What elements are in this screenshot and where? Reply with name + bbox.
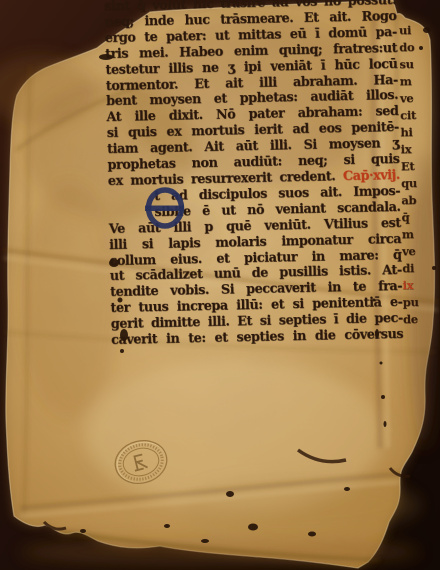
margin-letter-fragment: pu <box>403 294 433 311</box>
margin-letter-fragment: Et <box>401 158 431 175</box>
margin-letter-fragment: q̄ <box>401 209 431 226</box>
margin-letter-fragment: ve <box>402 243 432 260</box>
margin-letter-fragment: de <box>403 311 433 328</box>
margin-letter-fragment: ix <box>401 141 431 158</box>
chapter-rubric: Cap̄·xvij. <box>343 168 400 184</box>
margin-letter-fragment: qu <box>401 175 431 192</box>
text-lines-upper: sint q̄ volūt hīc trāsire ad vos nō poss… <box>104 0 400 174</box>
margin-letter-fragment: di <box>402 260 432 277</box>
margin-letter-fragment: do <box>399 39 429 56</box>
text-lines-lower: Ve aūt illi p quē veniūt. Vtilius est il… <box>109 216 404 349</box>
manuscript-photo: sint q̄ volūt hīc trāsire ad vos nō poss… <box>0 0 440 570</box>
margin-letter-fragment: cit <box>400 107 430 124</box>
margin-letter-fragment: m <box>402 226 432 243</box>
margin-letter-fragment: m <box>400 73 430 90</box>
margin-letter-fragment: ab <box>401 192 431 209</box>
margin-letter-fragment: hi <box>400 124 430 141</box>
illuminated-initial-E <box>144 186 186 230</box>
margin-letter-fragment: ix <box>402 277 432 294</box>
margin-letter-fragment: su <box>399 56 429 73</box>
adjacent-column-fragments: ui do su m ve cit hi ix Et qu ab q̄ m ve… <box>399 22 433 328</box>
margin-letter-fragment: ui <box>399 22 429 39</box>
margin-letter-fragment: ve <box>400 90 430 107</box>
manuscript-text-column: sint q̄ volūt hīc trāsire ad vos nō poss… <box>104 0 403 349</box>
